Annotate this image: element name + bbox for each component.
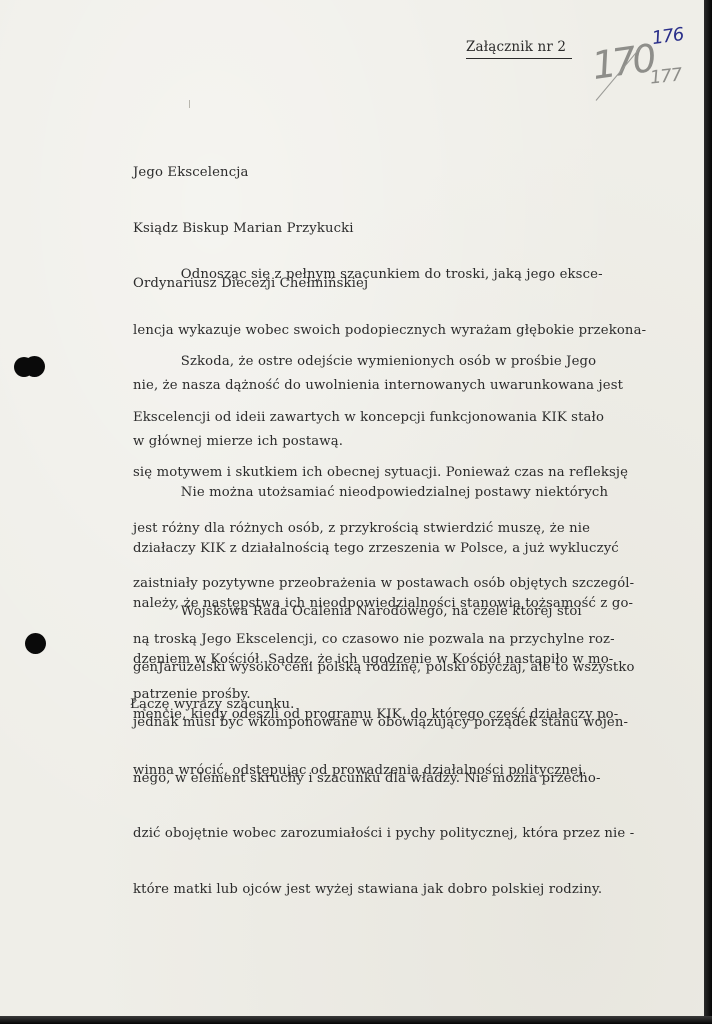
text-line: które matki lub ojców jest wyżej stawian… xyxy=(133,881,635,900)
paragraph-4: Wojskowa Rada Ocalenia Narodowego, na cz… xyxy=(133,566,635,936)
text-line: Ekscelencji od ideii zawartych w koncepc… xyxy=(133,409,634,428)
handwritten-blue-page-number: 176 xyxy=(651,24,685,49)
text-line: dzić obojętnie wobec zarozumiałości i py… xyxy=(133,825,635,844)
scan-border-bottom xyxy=(0,1016,712,1024)
document-page: Załącznik nr 2 170 176 177 Jego Ekscelen… xyxy=(0,0,706,1018)
handwritten-crossed-page-number: 170 xyxy=(589,36,655,88)
text-line: genJaruzelski wysoko ceni polską rodzinę… xyxy=(133,659,635,678)
text-line: Szkoda, że ostre odejście wymienionych o… xyxy=(133,353,634,372)
closing-line: Łączę wyrazy szacunku. xyxy=(130,696,294,715)
text-line: Wojskowa Rada Ocalenia Narodowego, na cz… xyxy=(133,603,635,622)
attachment-label: Załącznik nr 2 xyxy=(466,38,572,59)
text-line: działaczy KIK z działalnością tego zrzes… xyxy=(133,540,633,559)
punch-hole xyxy=(24,356,45,377)
addressee-line: Jego Ekscelencja xyxy=(133,164,368,183)
handwritten-pencil-page-number: 177 xyxy=(649,64,682,88)
text-line: Odnosząc się z pełnym szacunkiem do tros… xyxy=(133,266,646,285)
scan-mark xyxy=(189,100,190,108)
text-line: jednak musi być wkomponowane w obowiązuj… xyxy=(133,714,635,733)
text-line: Nie można utożsamiać nieodpowiedzialnej … xyxy=(133,484,633,503)
punch-hole xyxy=(25,633,46,654)
text-line: nego, w element skruchy i szacunku dla w… xyxy=(133,770,635,789)
scan-border-right xyxy=(704,0,712,1024)
